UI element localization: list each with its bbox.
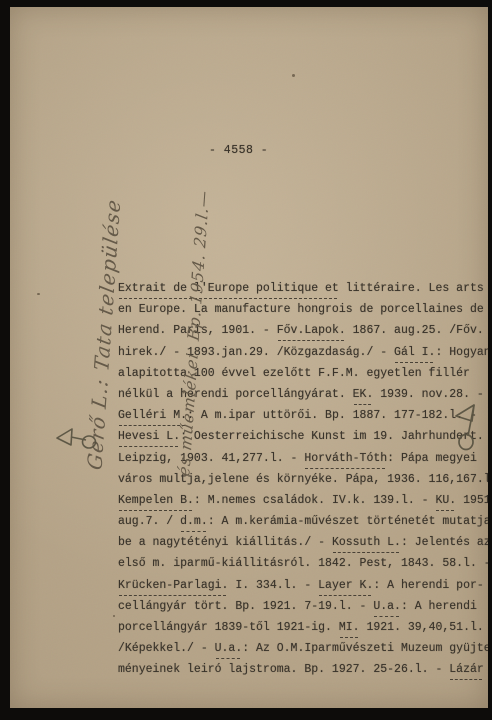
typed-segment: littéraire. Les arts — [339, 282, 484, 295]
typed-segment: : Az O.M.Iparművészeti Muzeum gyüjte- — [242, 642, 488, 655]
typed-segment: I. 334.l. - — [228, 579, 318, 592]
paper-speck — [113, 615, 115, 617]
typed-line: cellángyár tört. Bp. 1921. 7-19.l. - U.a… — [118, 596, 488, 617]
typed-segment: első m. iparmű-kiállitásról. 1842. Pest,… — [118, 557, 488, 570]
handwritten-note: Gerő L.: Tata települése és műemlékei. B… — [20, 165, 103, 469]
handwritten-note-line: és műemlékei. Bp. 1954. 29.l.— — [169, 174, 220, 479]
typed-segment-underlined: EK. — [353, 388, 374, 401]
scanned-page: - 4558 - Extrait de l'Europe politique e… — [0, 0, 492, 720]
typed-segment: : Hogyan — [435, 346, 488, 359]
typed-line: Krücken-Parlagi. I. 334.l. - Layer K.: A… — [118, 575, 488, 596]
typed-segment: város multja,jelene és környéke. Pápa, 1… — [118, 473, 488, 486]
typed-segment-underlined: Kempelen B. — [118, 494, 194, 507]
typed-segment: aug.7. / — [118, 515, 180, 528]
typed-segment: : A herendi por- — [373, 579, 483, 592]
typed-segment-underlined: Kossuth L. — [332, 536, 401, 549]
typed-segment-underlined: KU. — [435, 494, 456, 507]
typed-segment-underlined: MI. — [339, 621, 360, 634]
page-number: - 4558 - — [209, 144, 268, 157]
typed-line: be a nagytétényi kiállitás./ - Kossuth L… — [118, 532, 488, 553]
typed-line: porcellángyár 1839-től 1921-ig. MI. 1921… — [118, 617, 488, 638]
typed-segment: 1939. nov.28. - — [373, 388, 483, 401]
typed-segment: : M.nemes családok. IV.k. 139.l. - — [194, 494, 436, 507]
typed-segment: 1921. 39,40,51.l. — [360, 621, 484, 634]
typed-segment-underlined: Főv.Lapok. — [277, 324, 346, 337]
typed-segment: : A m.kerámia-művészet történetét mutatj… — [208, 515, 488, 528]
typed-line: Kempelen B.: M.nemes családok. IV.k. 139… — [118, 490, 488, 511]
typed-segment-underlined: U.a. — [215, 642, 243, 655]
typed-segment-underlined: Krücken-Parlagi. — [118, 579, 228, 592]
typed-segment: : Jelentés az — [401, 536, 488, 549]
typed-segment: 1867. aug.25. /Főv. — [346, 324, 484, 337]
typed-segment: ményeinek leiró lajstroma. Bp. 1927. 25-… — [118, 663, 449, 676]
typed-segment: : A herendi — [401, 600, 477, 613]
typed-segment: /Képekkel./ - — [118, 642, 215, 655]
typed-segment: : Pápa megyei — [387, 452, 477, 465]
typed-segment-underlined: Gál I. — [394, 346, 435, 359]
insertion-mark-icon — [54, 425, 100, 455]
typed-segment-underlined: Layer K. — [318, 579, 373, 592]
typed-segment: cellángyár tört. Bp. 1921. 7-19.l. - — [118, 600, 373, 613]
typed-segment: be a nagytétényi kiállitás./ - — [118, 536, 332, 549]
typed-line: aug.7. / d.m.: A m.kerámia-művészet tört… — [118, 511, 488, 532]
typed-segment-underlined: Horváth-Tóth — [304, 452, 387, 465]
typed-segment-underlined: Lázár — [449, 663, 484, 676]
paper-speck — [37, 293, 40, 295]
typed-line: /Képekkel./ - U.a.: Az O.M.Iparművészeti… — [118, 638, 488, 659]
typed-segment: 1951. — [456, 494, 488, 507]
typed-segment: porcellángyár 1839-től 1921-ig. — [118, 621, 339, 634]
paper-speck — [292, 74, 295, 77]
paper: - 4558 - Extrait de l'Europe politique e… — [10, 7, 488, 708]
insertion-mark-icon — [447, 403, 488, 453]
typed-segment-underlined: d.m. — [180, 515, 208, 528]
typed-segment-underlined: U.a. — [373, 600, 401, 613]
typed-line: első m. iparmű-kiállitásról. 1842. Pest,… — [118, 553, 488, 574]
typed-line: ményeinek leiró lajstroma. Bp. 1927. 25-… — [118, 659, 488, 680]
